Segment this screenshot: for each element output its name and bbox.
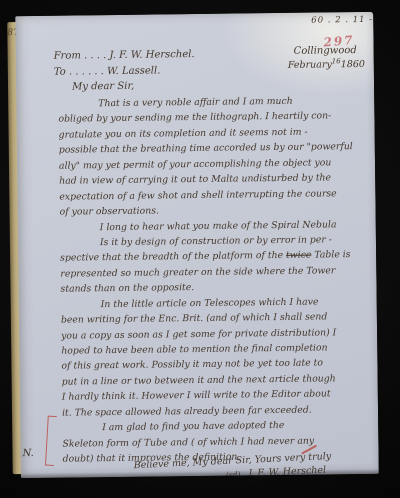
salutation: My dear Sir, xyxy=(72,81,134,93)
letter-date: February161860 xyxy=(288,59,365,71)
photograph-background: 87 60 . 2 . 11 - 297 Collingwood Februar… xyxy=(0,0,400,498)
struck-word: twice xyxy=(286,250,312,261)
date-day: 16 xyxy=(332,57,341,65)
letter-place: Collingwood xyxy=(294,45,357,57)
margin-note: N. xyxy=(22,448,33,459)
archive-number: 60 . 2 . 11 - xyxy=(311,15,373,26)
date-year: 1860 xyxy=(341,59,365,70)
letter-body: That is a very noble affair and I am muc… xyxy=(58,93,379,467)
from-line: From . . . . J. F. W. Herschel. xyxy=(54,49,195,62)
line-pre: spective that the breadth of the platfor… xyxy=(60,250,286,264)
letter-page: 60 . 2 . 11 - 297 Collingwood February16… xyxy=(15,12,379,478)
page-bottom-shadow xyxy=(21,469,379,478)
date-month: February xyxy=(288,59,332,71)
red-margin-bracket xyxy=(45,416,57,466)
to-line: To . . . . . . W. Lassell. xyxy=(54,65,161,77)
line-post: Table is xyxy=(311,250,350,261)
